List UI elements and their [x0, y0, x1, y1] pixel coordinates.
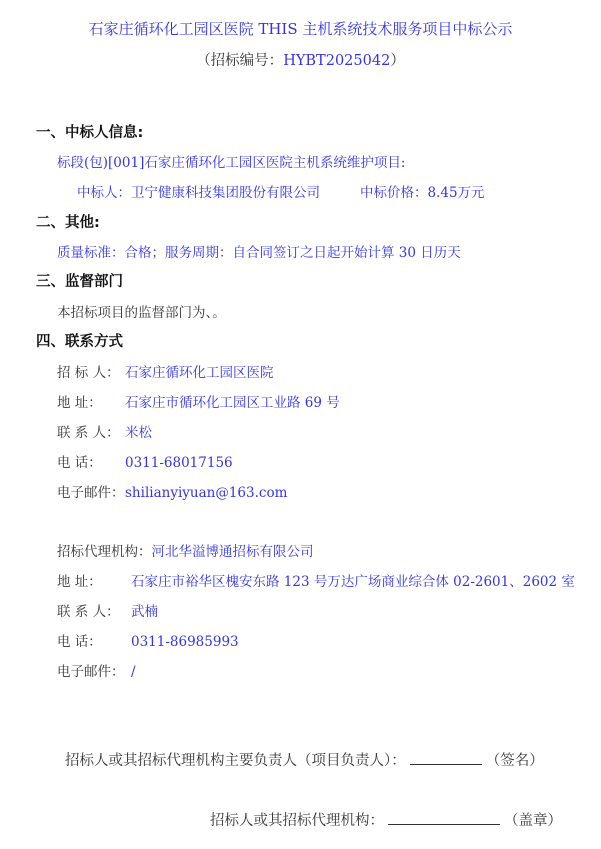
section-heading-supervision: 三、监督部门	[36, 270, 123, 291]
signature-line[interactable]	[410, 750, 482, 765]
tenderer-contact: 米松	[125, 425, 152, 441]
agency-email: /	[131, 664, 136, 680]
agency-email-label: 电子邮件：	[57, 660, 131, 680]
tenderer-contact-row: 联 系 人：米松	[57, 421, 152, 441]
tenderer-phone-label: 电 话：	[57, 451, 125, 471]
agency-contact: 武楠	[131, 604, 158, 620]
agency-phone: 0311-86985993	[131, 634, 239, 650]
agency-name-row: 招标代理机构：河北华溢博通招标有限公司	[57, 540, 314, 560]
bid-number-suffix: ）	[390, 53, 405, 69]
tenderer-address-row: 地 址：石家庄市循环化工园区工业路 69 号	[57, 391, 340, 411]
org-label: 招标人或其招标代理机构：	[210, 813, 384, 829]
bid-number-code: HYBT2025042	[283, 53, 390, 69]
responsible-label: 招标人或其招标代理机构主要负责人（项目负责人）：	[65, 753, 406, 769]
winner-name: 卫宁健康科技集团股份有限公司	[131, 185, 320, 201]
winner-price-row: 中标价格：8.45万元	[360, 181, 485, 201]
tenderer-address: 石家庄市循环化工园区工业路 69 号	[125, 395, 340, 411]
responsible-suffix: （签名）	[486, 753, 544, 769]
bid-number: （招标编号：HYBT2025042）	[0, 49, 601, 70]
signature-org-row: 招标人或其招标代理机构：（盖章）	[210, 809, 562, 830]
org-suffix: （盖章）	[504, 813, 562, 829]
tenderer-contact-label: 联 系 人：	[57, 421, 125, 441]
tenderer-name-row: 招 标 人：石家庄循环化工园区医院	[57, 361, 274, 381]
agency-contact-row: 联 系 人：武楠	[57, 600, 158, 620]
signature-responsible-row: 招标人或其招标代理机构主要负责人（项目负责人）：（签名）	[65, 749, 544, 770]
agency-address-row: 地 址：石家庄市裕华区槐安东路 123 号万达广场商业综合体 02-2601、2…	[57, 570, 575, 590]
document-title: 石家庄循环化工园区医院 THIS 主机系统技术服务项目中标公示	[0, 18, 601, 39]
winner-name-row: 中标人：卫宁健康科技集团股份有限公司	[77, 181, 320, 201]
agency-address-label: 地 址：	[57, 570, 131, 590]
bid-number-prefix: （招标编号：	[196, 53, 283, 69]
section-heading-other: 二、其他:	[36, 211, 100, 232]
tenderer-phone: 0311-68017156	[125, 455, 233, 471]
lot-description: 标段(包)[001]石家庄循环化工园区医院主机系统维护项目:	[57, 151, 405, 171]
price-value: 8.45万元	[428, 185, 485, 201]
agency-email-row: 电子邮件：/	[57, 660, 136, 680]
winner-label: 中标人：	[77, 185, 131, 201]
agency-phone-label: 电 话：	[57, 630, 131, 650]
agency-name: 河北华溢博通招标有限公司	[152, 544, 314, 560]
other-text: 质量标准：合格；服务周期：自合同签订之日起开始计算 30 日历天	[57, 241, 461, 261]
price-label: 中标价格：	[360, 185, 428, 201]
section-heading-winner: 一、中标人信息:	[36, 121, 143, 142]
agency-phone-row: 电 话：0311-86985993	[57, 630, 239, 650]
tenderer-phone-row: 电 话：0311-68017156	[57, 451, 233, 471]
supervision-text: 本招标项目的监督部门为、。	[57, 301, 226, 321]
tenderer-email-row: 电子邮件：shilianyiyuan@163.com	[57, 481, 287, 501]
tenderer-email-label: 电子邮件：	[57, 481, 125, 501]
agency-name-label: 招标代理机构：	[57, 540, 152, 560]
agency-contact-label: 联 系 人：	[57, 600, 131, 620]
tenderer-address-label: 地 址：	[57, 391, 125, 411]
agency-address: 石家庄市裕华区槐安东路 123 号万达广场商业综合体 02-2601、2602 …	[131, 574, 575, 590]
tenderer-email[interactable]: shilianyiyuan@163.com	[125, 485, 287, 501]
seal-line[interactable]	[388, 810, 500, 825]
section-heading-contact: 四、联系方式	[36, 330, 123, 351]
tenderer-name: 石家庄循环化工园区医院	[125, 365, 274, 381]
tenderer-name-label: 招 标 人：	[57, 361, 125, 381]
